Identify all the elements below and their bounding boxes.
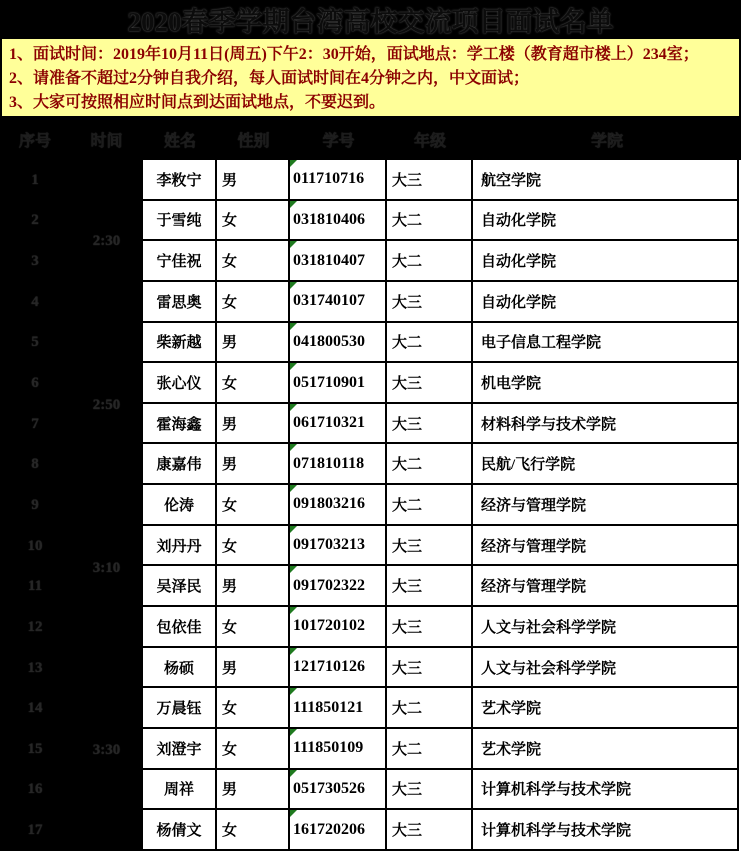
- student-gender-cell: 男: [217, 648, 290, 687]
- student-college-cell: 自动化学院: [473, 201, 739, 240]
- table-row: 宁佳祝女031810407大二自动化学院: [143, 241, 739, 282]
- number-stored-as-text-indicator-icon: [290, 160, 297, 167]
- table-header-row: 序号 时间 姓名 性别 学号 年级 学院: [0, 118, 741, 160]
- row-number: 8: [0, 444, 70, 485]
- student-name-cell: 刘丹丹: [143, 526, 217, 565]
- table-row: 吴泽民男091702322大三经济与管理学院: [143, 566, 739, 607]
- student-college-cell: 经济与管理学院: [473, 485, 739, 524]
- row-number: 16: [0, 770, 70, 811]
- student-id-cell: 091803216: [290, 485, 387, 524]
- student-grade-cell: 大二: [387, 444, 473, 483]
- interview-list-sheet: 2020春季学期台湾高校交流项目面试名单 1、面试时间：2019年10月11日(…: [0, 0, 741, 851]
- student-id-cell: 031740107: [290, 282, 387, 321]
- student-name-cell: 万晨钰: [143, 688, 217, 727]
- row-number: 14: [0, 688, 70, 729]
- notice-line-3: 3、大家可按照相应时间点到达面试地点，不要迟到。: [9, 91, 739, 115]
- student-college-cell: 人文与社会科学学院: [473, 648, 739, 687]
- table-row: 周祥男051730526大三计算机科学与技术学院: [143, 770, 739, 811]
- student-id-cell: 061710321: [290, 404, 387, 443]
- number-stored-as-text-indicator-icon: [290, 770, 297, 777]
- header-grade: 年级: [387, 118, 473, 160]
- student-grade-cell: 大二: [387, 729, 473, 768]
- row-number: 7: [0, 404, 70, 445]
- number-stored-as-text-indicator-icon: [290, 444, 297, 451]
- student-grade-cell: 大三: [387, 404, 473, 443]
- student-college-cell: 电子信息工程学院: [473, 323, 739, 362]
- student-name-cell: 霍海鑫: [143, 404, 217, 443]
- student-grade-cell: 大三: [387, 363, 473, 402]
- student-gender-cell: 男: [217, 323, 290, 362]
- student-id-cell: 161720206: [290, 810, 387, 849]
- student-grade-cell: 大二: [387, 688, 473, 727]
- row-number: 9: [0, 485, 70, 526]
- student-grade-cell: 大三: [387, 648, 473, 687]
- row-number: 6: [0, 363, 70, 404]
- student-name-cell: 李敉宁: [143, 160, 217, 199]
- student-college-cell: 民航/飞行学院: [473, 444, 739, 483]
- student-name-cell: 吴泽民: [143, 566, 217, 605]
- student-id-cell: 111850121: [290, 688, 387, 727]
- page-title: 2020春季学期台湾高校交流项目面试名单: [128, 0, 614, 39]
- student-name-cell: 雷思奥: [143, 282, 217, 321]
- student-college-cell: 计算机科学与技术学院: [473, 810, 739, 849]
- student-id-cell: 091702322: [290, 566, 387, 605]
- student-id-cell: 111850109: [290, 729, 387, 768]
- student-gender-cell: 男: [217, 404, 290, 443]
- row-number: 10: [0, 526, 70, 567]
- student-name-cell: 张心仪: [143, 363, 217, 402]
- student-name-cell: 刘澄宇: [143, 729, 217, 768]
- row-number: 13: [0, 648, 70, 689]
- row-number: 12: [0, 607, 70, 648]
- student-gender-cell: 男: [217, 770, 290, 809]
- number-stored-as-text-indicator-icon: [290, 810, 297, 817]
- sequence-column: 1234567891011121314151617: [0, 160, 70, 851]
- time-slot: 2:50: [70, 324, 143, 488]
- table-row: 包依佳女101720102大三人文与社会科学学院: [143, 607, 739, 648]
- notice-line-2: 2、请准备不超过2分钟自我介绍，每人面试时间在4分钟之内，中文面试；: [9, 67, 739, 91]
- student-grade-cell: 大二: [387, 201, 473, 240]
- student-college-cell: 自动化学院: [473, 282, 739, 321]
- student-name-cell: 伦涛: [143, 485, 217, 524]
- student-gender-cell: 男: [217, 160, 290, 199]
- student-gender-cell: 男: [217, 444, 290, 483]
- row-number: 3: [0, 241, 70, 282]
- time-slot: 2:30: [70, 160, 143, 324]
- student-name-cell: 宁佳祝: [143, 241, 217, 280]
- row-number: 17: [0, 810, 70, 851]
- student-gender-cell: 女: [217, 607, 290, 646]
- table-row: 雷思奥女031740107大三自动化学院: [143, 282, 739, 323]
- time-slot: 3:30: [70, 651, 143, 851]
- student-grade-cell: 大二: [387, 485, 473, 524]
- number-stored-as-text-indicator-icon: [290, 688, 297, 695]
- student-id-cell: 031810407: [290, 241, 387, 280]
- notice-line-1: 1、面试时间：2019年10月11日(周五)下午2：30开始，面试地点：学工楼（…: [9, 43, 739, 67]
- student-college-cell: 机电学院: [473, 363, 739, 402]
- student-id-cell: 071810118: [290, 444, 387, 483]
- title-bar: 2020春季学期台湾高校交流项目面试名单: [0, 0, 741, 38]
- student-college-cell: 航空学院: [473, 160, 739, 199]
- student-id-cell: 051710901: [290, 363, 387, 402]
- student-grade-cell: 大三: [387, 160, 473, 199]
- student-gender-cell: 女: [217, 363, 290, 402]
- table-body: 1234567891011121314151617 2:302:503:103:…: [0, 160, 741, 851]
- student-gender-cell: 女: [217, 688, 290, 727]
- table-row: 康嘉伟男071810118大二民航/飞行学院: [143, 444, 739, 485]
- student-grade-cell: 大三: [387, 282, 473, 321]
- header-time: 时间: [70, 118, 143, 160]
- student-id-cell: 051730526: [290, 770, 387, 809]
- student-id-cell: 101720102: [290, 607, 387, 646]
- student-grade-cell: 大三: [387, 566, 473, 605]
- student-name-cell: 包依佳: [143, 607, 217, 646]
- table-row: 刘澄宇女111850109大二艺术学院: [143, 729, 739, 770]
- row-number: 5: [0, 323, 70, 364]
- header-name: 姓名: [143, 118, 217, 160]
- student-gender-cell: 女: [217, 201, 290, 240]
- student-id-cell: 031810406: [290, 201, 387, 240]
- student-college-cell: 自动化学院: [473, 241, 739, 280]
- student-college-cell: 艺术学院: [473, 729, 739, 768]
- student-gender-cell: 男: [217, 566, 290, 605]
- table-row: 张心仪女051710901大三机电学院: [143, 363, 739, 404]
- table-row: 于雪纯女031810406大二自动化学院: [143, 201, 739, 242]
- student-grade-cell: 大三: [387, 607, 473, 646]
- number-stored-as-text-indicator-icon: [290, 485, 297, 492]
- student-name-cell: 周祥: [143, 770, 217, 809]
- student-grade-cell: 大三: [387, 526, 473, 565]
- notice-box: 1、面试时间：2019年10月11日(周五)下午2：30开始，面试地点：学工楼（…: [0, 38, 741, 118]
- row-number: 2: [0, 201, 70, 242]
- student-grade-cell: 大二: [387, 323, 473, 362]
- time-slot: 3:10: [70, 487, 143, 651]
- header-student-id: 学号: [290, 118, 387, 160]
- student-name-cell: 康嘉伟: [143, 444, 217, 483]
- header-seq: 序号: [0, 118, 70, 160]
- student-college-cell: 计算机科学与技术学院: [473, 770, 739, 809]
- number-stored-as-text-indicator-icon: [290, 566, 297, 573]
- student-name-cell: 杨硕: [143, 648, 217, 687]
- student-grade-cell: 大三: [387, 810, 473, 849]
- header-college: 学院: [473, 118, 741, 160]
- number-stored-as-text-indicator-icon: [290, 404, 297, 411]
- student-id-cell: 011710716: [290, 160, 387, 199]
- number-stored-as-text-indicator-icon: [290, 607, 297, 614]
- time-column: 2:302:503:103:30: [70, 160, 143, 851]
- student-college-cell: 艺术学院: [473, 688, 739, 727]
- header-gender: 性别: [217, 118, 290, 160]
- table-row: 杨硕男121710126大三人文与社会科学学院: [143, 648, 739, 689]
- number-stored-as-text-indicator-icon: [290, 526, 297, 533]
- student-college-cell: 材料科学与技术学院: [473, 404, 739, 443]
- student-id-cell: 091703213: [290, 526, 387, 565]
- table-body-grid: 李敉宁男011710716大三航空学院于雪纯女031810406大二自动化学院宁…: [143, 160, 741, 851]
- student-college-cell: 人文与社会科学学院: [473, 607, 739, 646]
- student-name-cell: 柴新越: [143, 323, 217, 362]
- student-college-cell: 经济与管理学院: [473, 566, 739, 605]
- student-gender-cell: 女: [217, 241, 290, 280]
- number-stored-as-text-indicator-icon: [290, 363, 297, 370]
- number-stored-as-text-indicator-icon: [290, 282, 297, 289]
- table-row: 刘丹丹女091703213大三经济与管理学院: [143, 526, 739, 567]
- row-number: 4: [0, 282, 70, 323]
- student-grade-cell: 大二: [387, 241, 473, 280]
- student-id-cell: 121710126: [290, 648, 387, 687]
- number-stored-as-text-indicator-icon: [290, 729, 297, 736]
- row-number: 1: [0, 160, 70, 201]
- student-id-cell: 041800530: [290, 323, 387, 362]
- table-row: 李敉宁男011710716大三航空学院: [143, 160, 739, 201]
- number-stored-as-text-indicator-icon: [290, 648, 297, 655]
- table-row: 柴新越男041800530大二电子信息工程学院: [143, 323, 739, 364]
- student-gender-cell: 女: [217, 526, 290, 565]
- student-gender-cell: 女: [217, 810, 290, 849]
- table-row: 霍海鑫男061710321大三材料科学与技术学院: [143, 404, 739, 445]
- row-number: 15: [0, 729, 70, 770]
- number-stored-as-text-indicator-icon: [290, 241, 297, 248]
- row-number: 11: [0, 566, 70, 607]
- student-name-cell: 于雪纯: [143, 201, 217, 240]
- table-row: 杨倩文女161720206大三计算机科学与技术学院: [143, 810, 739, 851]
- number-stored-as-text-indicator-icon: [290, 323, 297, 330]
- table-row: 万晨钰女111850121大二艺术学院: [143, 688, 739, 729]
- student-grade-cell: 大三: [387, 770, 473, 809]
- table-row: 伦涛女091803216大二经济与管理学院: [143, 485, 739, 526]
- student-name-cell: 杨倩文: [143, 810, 217, 849]
- student-gender-cell: 女: [217, 729, 290, 768]
- student-gender-cell: 女: [217, 485, 290, 524]
- student-gender-cell: 女: [217, 282, 290, 321]
- number-stored-as-text-indicator-icon: [290, 201, 297, 208]
- left-black-strip: 1234567891011121314151617 2:302:503:103:…: [0, 160, 143, 851]
- student-college-cell: 经济与管理学院: [473, 526, 739, 565]
